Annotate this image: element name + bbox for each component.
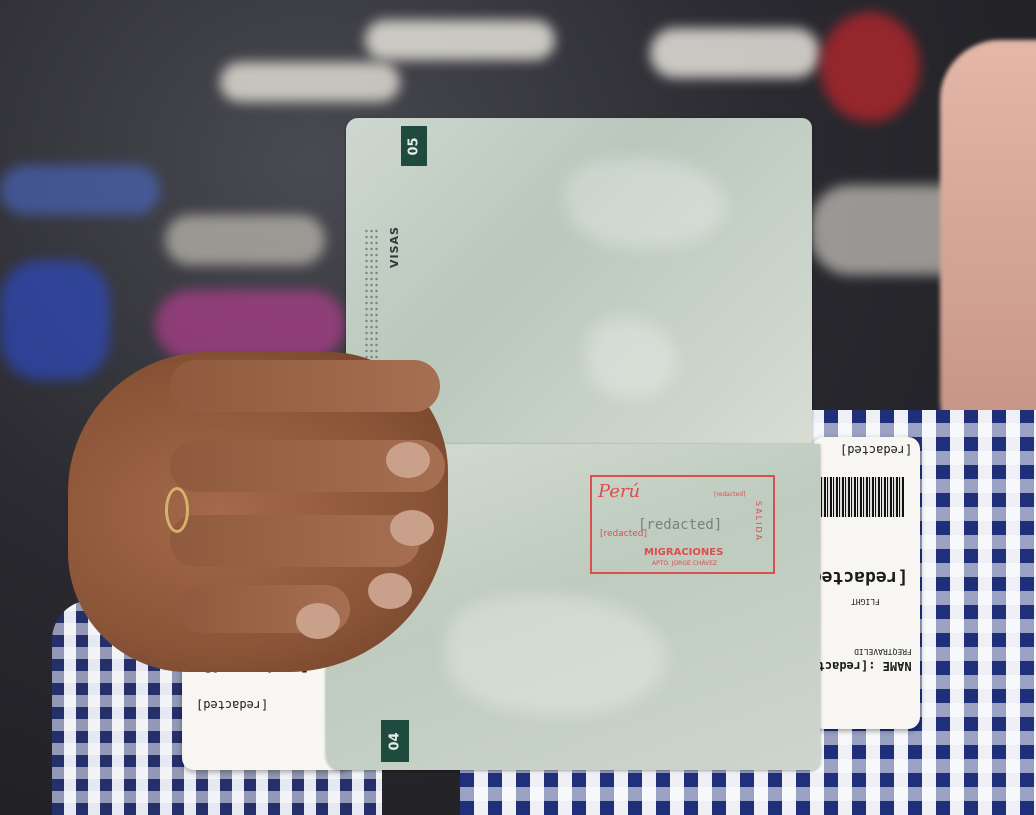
ticket-number: [redacted] xyxy=(840,443,912,457)
ceiling-light xyxy=(650,28,820,78)
visas-label: VISAS xyxy=(388,226,401,268)
ring-icon xyxy=(165,487,189,533)
blurred-sign xyxy=(0,165,160,215)
passenger-name: [redacted] xyxy=(196,698,268,712)
fingernail xyxy=(296,603,340,639)
fingernail xyxy=(390,510,434,546)
page-number-tab: 05 xyxy=(401,126,427,166)
page-number-tab: 04 xyxy=(381,720,409,762)
finger xyxy=(170,515,420,567)
stamp-side-code: [redacted] xyxy=(600,529,647,539)
blurred-light xyxy=(165,215,325,265)
ceiling-light xyxy=(220,62,400,102)
stamp-date: [redacted] xyxy=(638,517,722,533)
finger xyxy=(170,360,440,412)
boarding-pass-right: [redacted] [redacted] FLIGHT FREQTRAVELI… xyxy=(812,437,920,729)
blurred-light xyxy=(155,290,345,360)
person-face-blurred xyxy=(940,40,1036,460)
flight-label: FLIGHT xyxy=(851,597,880,606)
freq-traveler-label: FREQTRAVELID xyxy=(854,647,912,656)
fingernail xyxy=(368,573,412,609)
blurred-red-sign xyxy=(820,12,920,122)
blurred-sign xyxy=(0,260,110,380)
stamp-authority: MIGRACIONES xyxy=(644,547,723,558)
stamp-type: SALIDA xyxy=(754,501,763,542)
barcode xyxy=(818,477,904,517)
country-logo: Perú xyxy=(598,481,640,502)
ceiling-light xyxy=(365,20,555,60)
stamp-location: APTO. JORGE CHÁVEZ xyxy=(652,560,717,567)
stamp-code: [redacted] xyxy=(714,491,745,498)
exit-stamp: Perú [redacted] [redacted] SALIDA [redac… xyxy=(590,475,775,574)
fingernail xyxy=(386,442,430,478)
